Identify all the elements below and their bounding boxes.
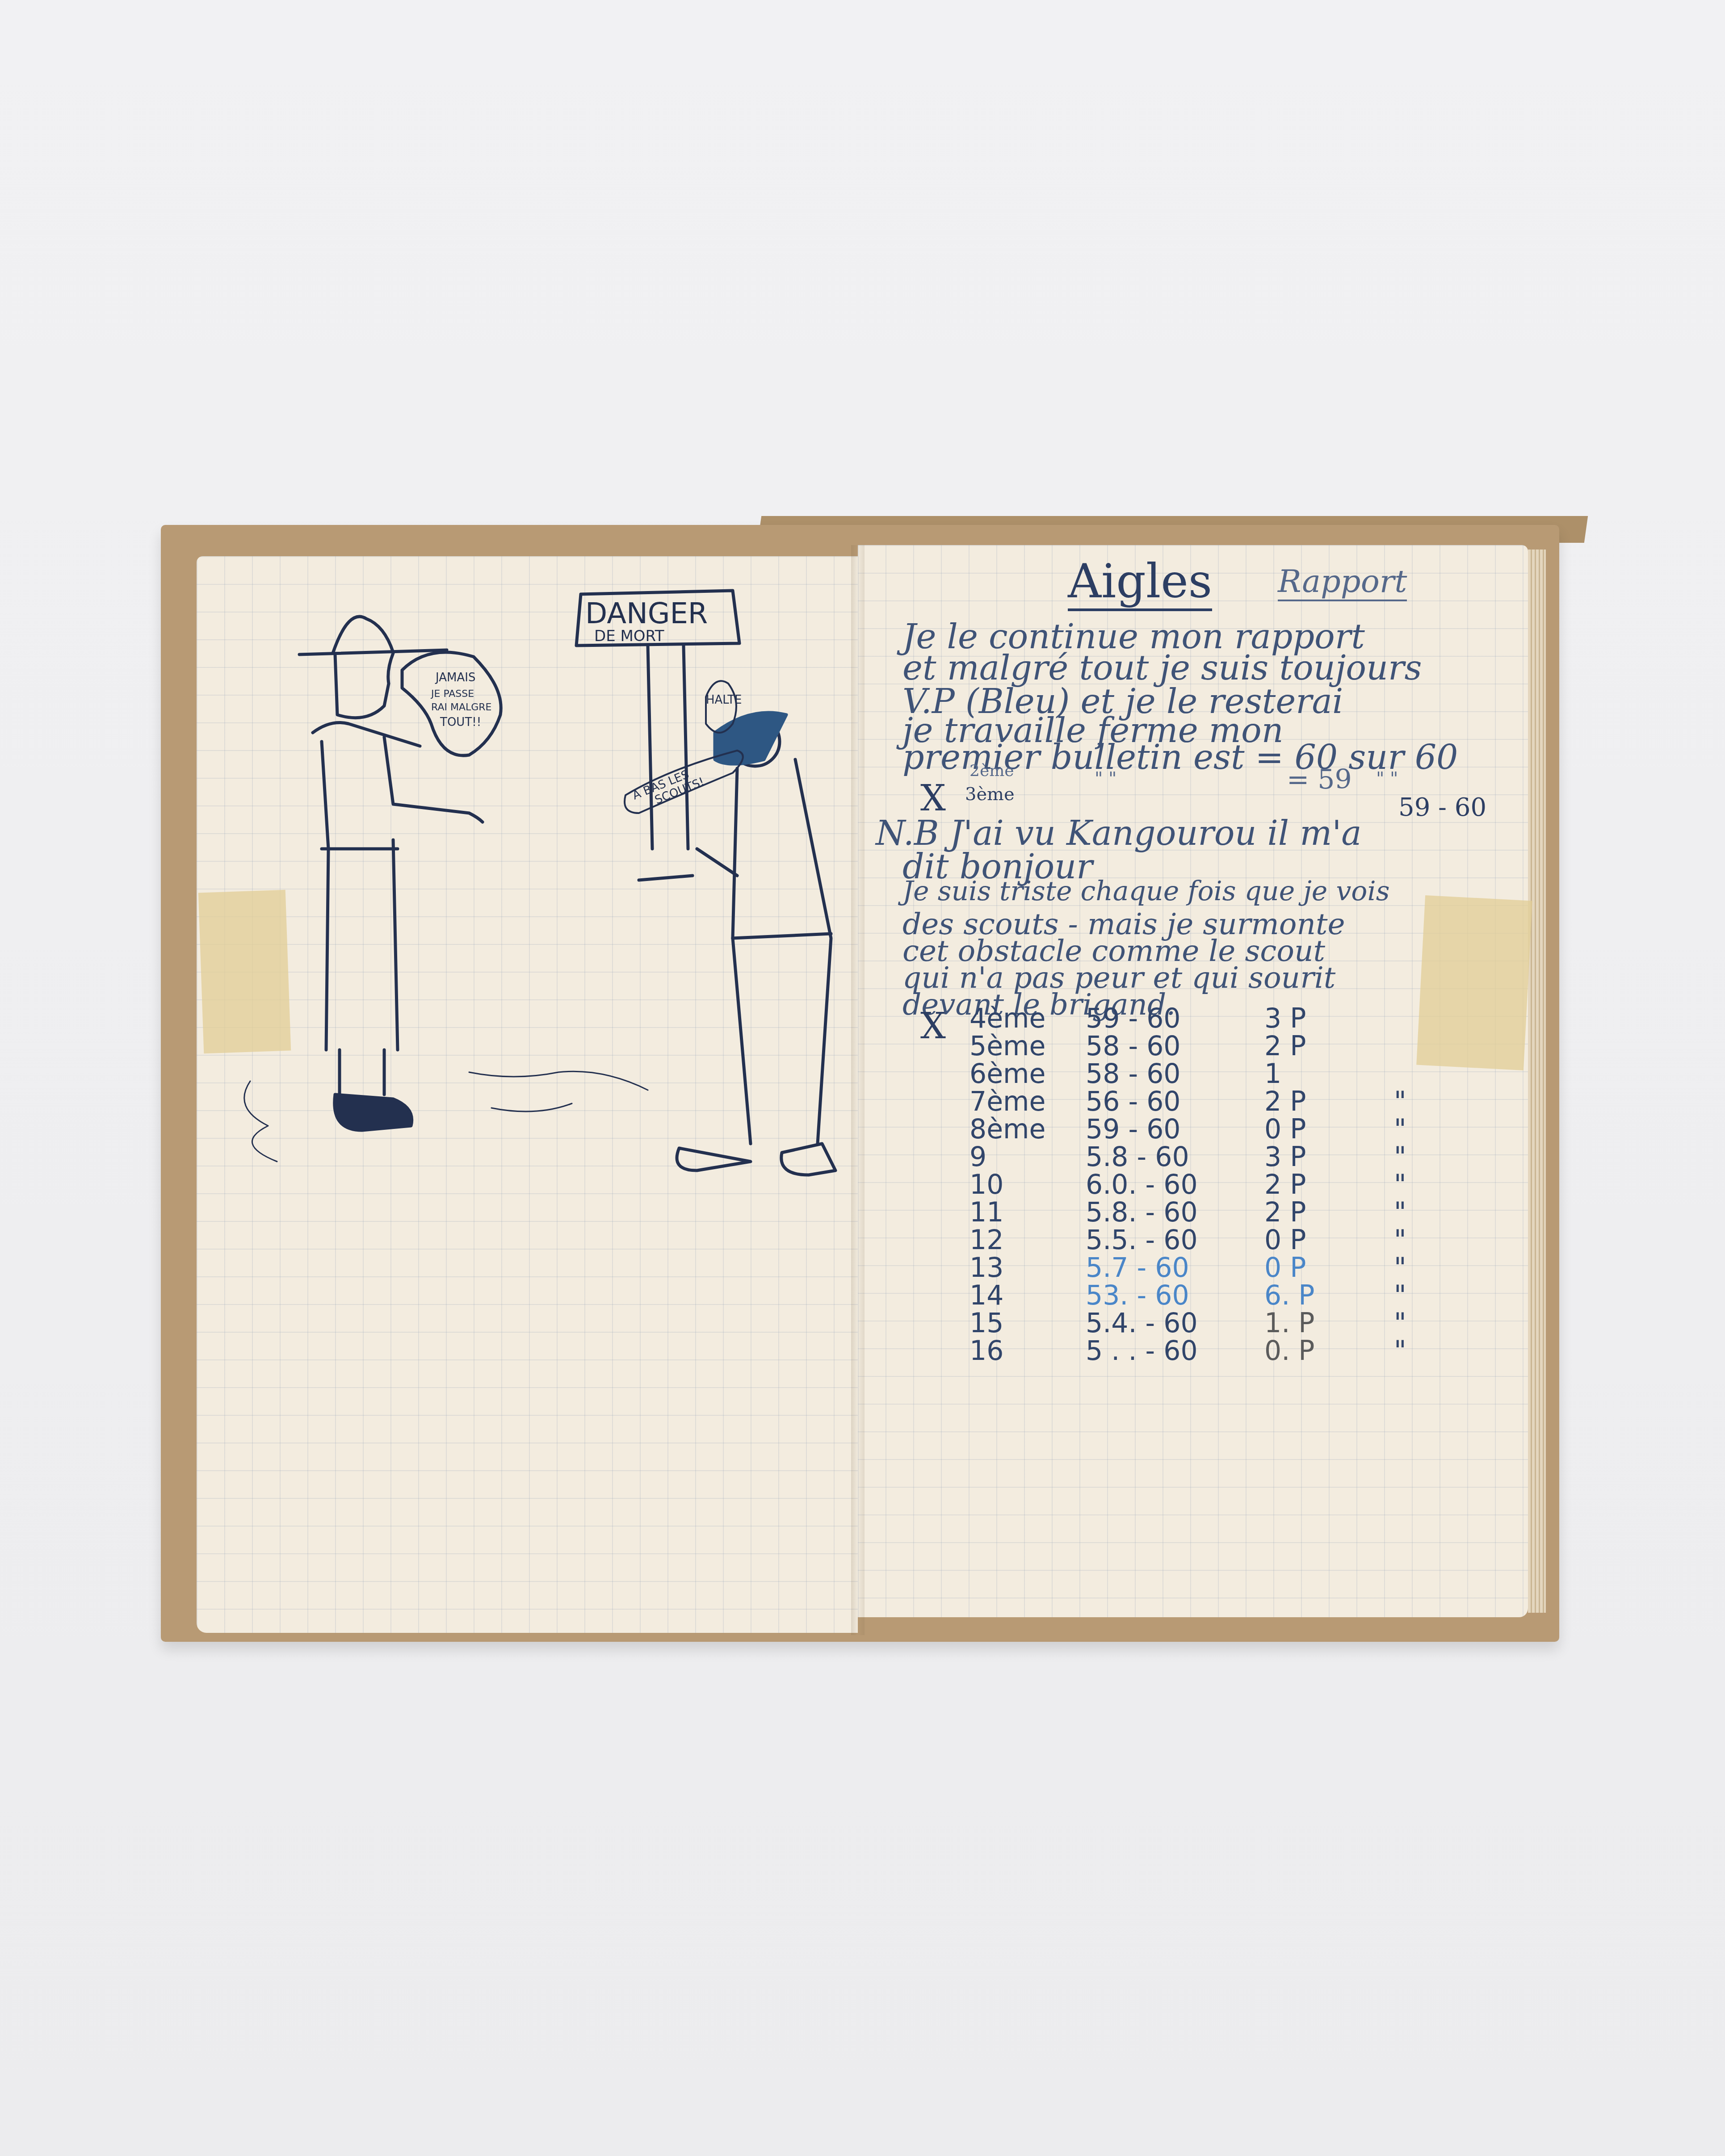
second-term-suffix: " " (1376, 768, 1398, 789)
tape-strip-right (1416, 895, 1532, 1070)
page-title: Aigles (1068, 554, 1212, 608)
tape-strip-left (198, 890, 291, 1054)
second-term-label: 2ème (970, 762, 1014, 780)
third-term-value: 59 - 60 (1398, 793, 1486, 822)
second-term-value: = 59 (1287, 764, 1352, 795)
grades-mark: X (920, 1005, 946, 1047)
notebook-gutter (851, 545, 865, 1635)
second-term-ditto: " " (1095, 768, 1117, 789)
page-edges (1528, 549, 1546, 1613)
third-term-label: 3ème (965, 784, 1015, 805)
page-subtitle: Rapport (1278, 563, 1407, 601)
nb-line-3: Je suis triste chaque fois que je vois (902, 876, 1389, 907)
left-page (197, 556, 858, 1633)
